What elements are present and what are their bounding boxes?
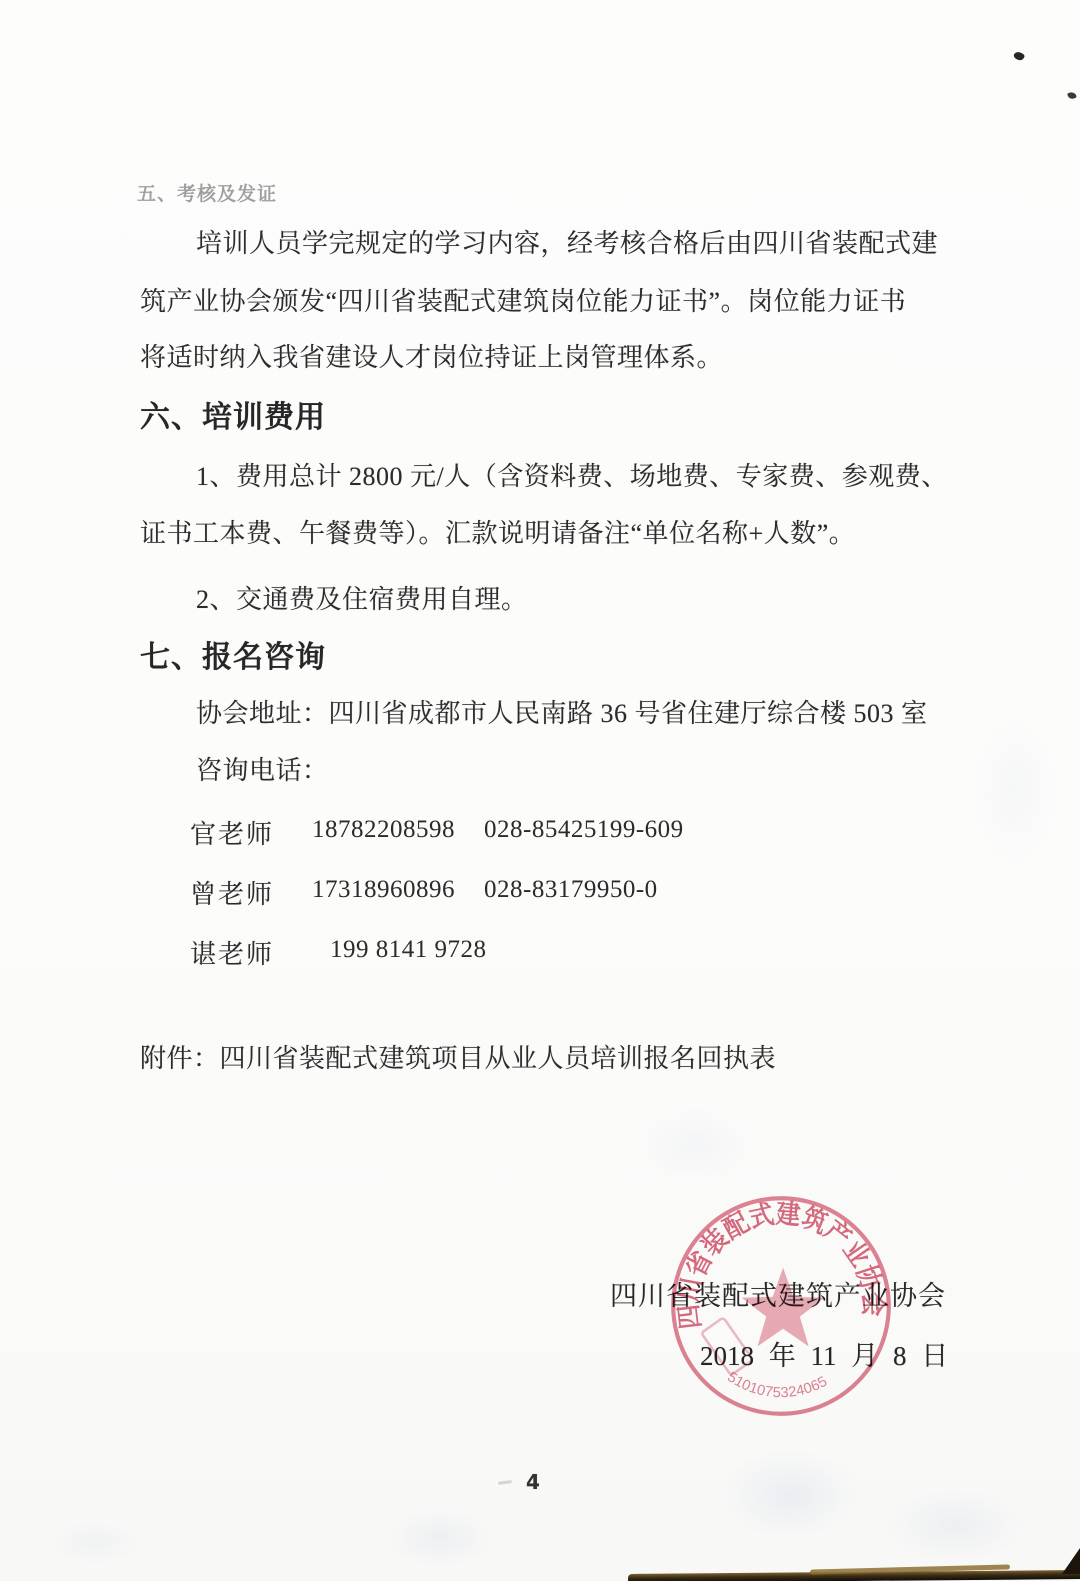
contact-row: 谌老师 199 8141 9728 (190, 934, 810, 968)
svg-text:5101075324065: 5101075324065 (724, 1369, 830, 1401)
paragraph-line: 将适时纳入我省建设人才岗位持证上岗管理体系。 (140, 342, 723, 375)
seal-code: 5101075324065 (724, 1369, 830, 1401)
page-number: 4 (526, 1472, 540, 1492)
contact-name: 官老师 (190, 814, 274, 851)
fee-item-line: 2、交通费及住宿费用自理。 (196, 584, 528, 617)
seal-star-icon (742, 1268, 825, 1347)
contact-landline: 028-83179950-0 (484, 876, 658, 904)
fee-item-line: 1、费用总计 2800 元/人（含资料费、场地费、专家费、参观费、 (196, 461, 948, 494)
contact-name: 曾老师 (190, 874, 274, 911)
paragraph-line: 培训人员学完规定的学习内容，经考核合格后由四川省装配式建 (196, 228, 938, 261)
seal-inner-box (701, 1317, 753, 1375)
scanned-document-page: 五、考核及发证 培训人员学完规定的学习内容，经考核合格后由四川省装配式建 筑产业… (0, 0, 1080, 1581)
phone-label: 咨询电话： (196, 755, 329, 788)
section-five-heading: 五、考核及发证 (137, 184, 277, 207)
contact-mobile: 18782208598 (312, 816, 455, 844)
org-seal-stamp: 四川省装配式建筑产业协会 5101075324065 (666, 1190, 896, 1422)
contact-landline: 028-85425199-609 (484, 816, 684, 844)
contact-row: 官老师 18782208598 028-85425199-609 (190, 814, 810, 848)
attachment-line: 附件：四川省装配式建筑项目从业人员培训报名回执表 (140, 1043, 776, 1076)
address-line: 协会地址：四川省成都市人民南路 36 号省住建厅综合楼 503 室 (196, 698, 928, 731)
contact-row: 曾老师 17318960896 028-83179950-0 (190, 874, 810, 908)
contact-mobile: 17318960896 (312, 876, 455, 904)
scan-dash-artifact (498, 1480, 512, 1485)
contact-mobile: 199 8141 9728 (330, 936, 487, 964)
scan-smudge (360, 1495, 520, 1580)
section-seven-heading: 七、报名咨询 (140, 640, 326, 676)
contact-name: 谌老师 (190, 934, 274, 971)
fee-item-line: 证书工本费、午餐费等）。汇款说明请备注“单位名称+人数”。 (140, 518, 855, 551)
scan-smudge (610, 1090, 780, 1200)
paragraph-line: 筑产业协会颁发“四川省装配式建筑岗位能力证书”。岗位能力证书 (140, 286, 906, 319)
section-six-heading: 六、培训费用 (140, 400, 326, 436)
scan-speck (1067, 91, 1077, 100)
scan-smudge (850, 1470, 1060, 1580)
scan-smudge (950, 680, 1080, 900)
scan-speck (1013, 50, 1026, 62)
scan-smudge (30, 1510, 160, 1575)
